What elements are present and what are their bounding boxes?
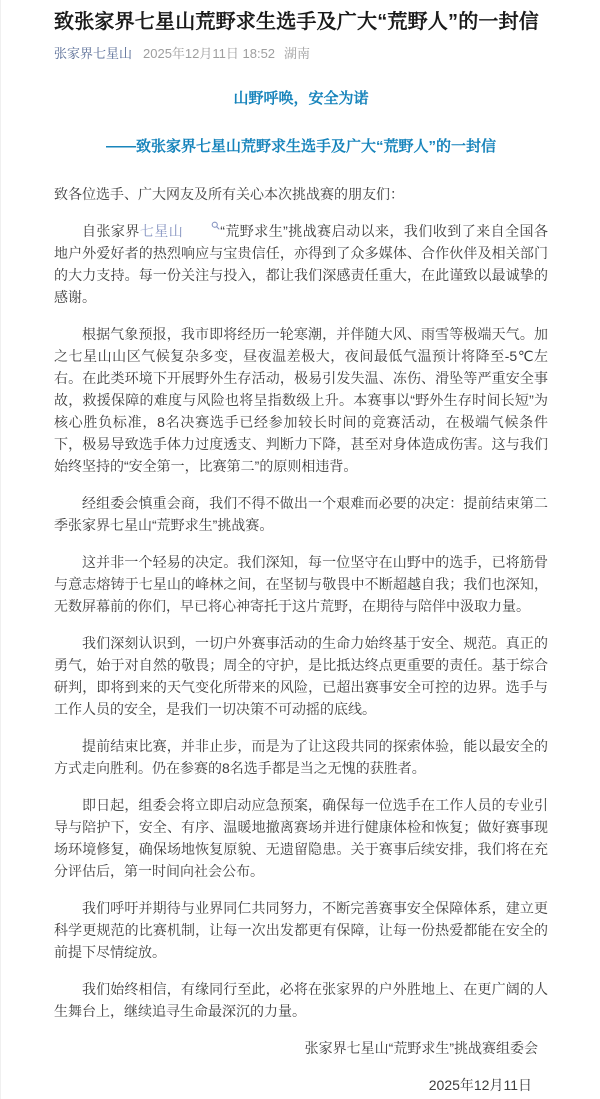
article-paragraph: 自张家界七星山“荒野求生”挑战赛启动以来，我们收到了来自全国各地户外爱好者的热烈…	[54, 220, 548, 308]
account-link[interactable]: 张家界七星山	[54, 46, 132, 61]
byline: 张家界七星山2025年12月11日 18:52湖南	[54, 45, 548, 62]
search-icon	[183, 221, 220, 230]
article-page: 致张家界七星山荒野求生选手及广大“荒野人”的一封信 张家界七星山2025年12月…	[0, 0, 600, 1099]
article-paragraph: 即日起，组委会将立即启动应急预案，确保每一位选手在工作人员的专业引导与陪护下，安…	[54, 794, 548, 882]
letter-subheading: ——致张家界七星山荒野求生选手及广大“荒野人”的一封信	[54, 137, 548, 157]
entity-link-label: 七星山	[140, 223, 183, 239]
article-body: 致各位选手、广大网友及所有关心本次挑战赛的朋友们： 自张家界七星山“荒野求生”挑…	[54, 183, 548, 1096]
publish-location: 湖南	[284, 46, 310, 61]
signature: 张家界七星山“荒野求生”挑战赛组委会	[54, 1037, 548, 1059]
article-paragraph: 经组委会慎重会商，我们不得不做出一个艰难而必要的决定：提前结束第二季张家界七星山…	[54, 492, 548, 536]
paragraph-text: 自张家界	[82, 223, 140, 239]
article-paragraph: 我们呼吁并期待与业界同仁共同努力，不断完善赛事安全保障体系，建立更科学更规范的比…	[54, 897, 548, 963]
letter-heading: 山野呼唤，安全为诺	[54, 89, 548, 109]
salutation: 致各位选手、广大网友及所有关心本次挑战赛的朋友们：	[54, 183, 548, 205]
page-title: 致张家界七星山荒野求生选手及广大“荒野人”的一封信	[54, 9, 548, 36]
article-paragraph: 我们始终相信，有缘同行至此，必将在张家界的户外胜地上、在更广阔的人生舞台上，继续…	[54, 978, 548, 1022]
publish-datetime: 2025年12月11日 18:52	[143, 46, 275, 61]
signature-date: 2025年12月11日	[54, 1074, 548, 1096]
article-paragraph: 这并非一个轻易的决定。我们深知，每一位坚守在山野中的选手，已将筋骨与意志熔铸于七…	[54, 551, 548, 617]
article-paragraph: 提前结束比赛，并非止步，而是为了让这段共同的探索体验，能以最安全的方式走向胜利。…	[54, 735, 548, 779]
article-paragraph: 我们深刻认识到，一切户外赛事活动的生命力始终基于安全、规范。真正的勇气，始于对自…	[54, 632, 548, 720]
entity-link[interactable]: 七星山	[140, 223, 220, 239]
article-paragraph: 根据气象预报，我市即将经历一轮寒潮，并伴随大风、雨雪等极端天气。加之七星山山区气…	[54, 323, 548, 477]
